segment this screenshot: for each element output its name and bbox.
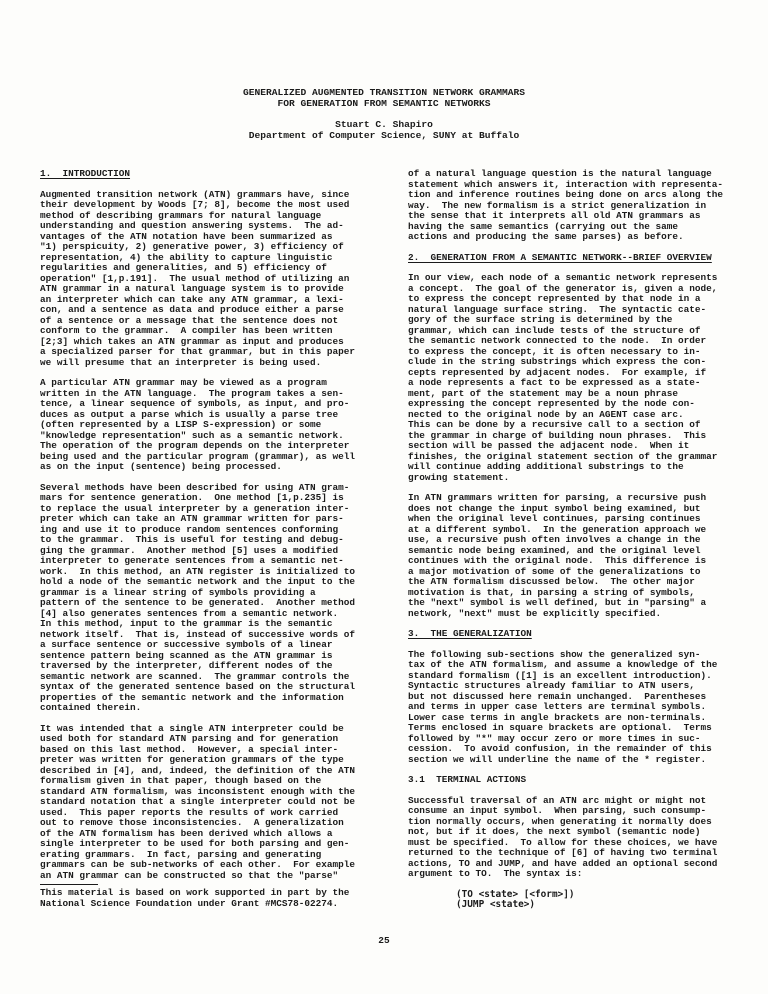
paper-title-line2: FOR GENERATION FROM SEMANTIC NETWORKS <box>0 99 768 110</box>
author-affiliation: Department of Computer Science, SUNY at … <box>0 131 768 142</box>
footnote-separator <box>40 884 98 885</box>
two-column-body: 1. INTRODUCTION Augmented transition net… <box>40 169 746 911</box>
page-number: 25 <box>0 935 768 946</box>
paper-title-line1: GENERALIZED AUGMENTED TRANSITION NETWORK… <box>0 88 768 99</box>
left-column: 1. INTRODUCTION Augmented transition net… <box>40 169 378 909</box>
right-paragraph-1: In our view, each node of a semantic net… <box>408 273 746 483</box>
syntax-code-block: (TO <state> [<form>]) (JUMP <state>) <box>408 890 746 911</box>
left-paragraph-2: A particular ATN grammar may be viewed a… <box>40 378 378 473</box>
right-paragraph-4: Successful traversal of an ATN arc might… <box>408 796 746 880</box>
right-column: of a natural language question is the na… <box>408 169 746 911</box>
right-paragraph-3: The following sub-sections show the gene… <box>408 650 746 766</box>
footnote-text: This material is based on work supported… <box>40 888 378 909</box>
right-paragraph-0: of a natural language question is the na… <box>408 169 746 243</box>
left-paragraph-1: Augmented transition network (ATN) gramm… <box>40 190 378 369</box>
paper-header: GENERALIZED AUGMENTED TRANSITION NETWORK… <box>0 88 768 141</box>
author-block: Stuart C. Shapiro Department of Computer… <box>0 120 768 141</box>
left-paragraph-4: It was intended that a single ATN interp… <box>40 724 378 882</box>
section-3-1-heading: 3.1 TERMINAL ACTIONS <box>408 775 746 786</box>
paper-page: GENERALIZED AUGMENTED TRANSITION NETWORK… <box>0 0 768 994</box>
section-2-heading: 2. GENERATION FROM A SEMANTIC NETWORK--B… <box>408 253 746 264</box>
section-3-heading: 3. THE GENERALIZATION <box>408 629 746 640</box>
right-paragraph-2: In ATN grammars written for parsing, a r… <box>408 493 746 619</box>
left-paragraph-3: Several methods have been described for … <box>40 483 378 714</box>
section-1-heading: 1. INTRODUCTION <box>40 169 378 180</box>
